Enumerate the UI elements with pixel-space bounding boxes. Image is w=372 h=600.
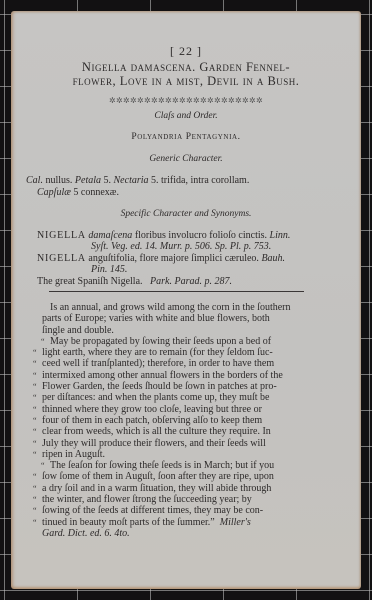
description-line: “clear from weeds, which is all the cult… — [33, 426, 333, 437]
description-line: “tinued in beauty moſt parts of the ſumm… — [33, 517, 333, 528]
quote-mark: “ — [33, 505, 42, 516]
description-line: “The ſeaſon for ſowing theſe ſeeds is in… — [33, 460, 333, 471]
generic-petala: Petala — [75, 175, 101, 186]
description-text: the winter, and flower ſtrong the ſuccee… — [42, 494, 252, 505]
description-text: four of them in each patch, obſerving al… — [42, 415, 262, 426]
generic-capsulae: Capſulæ — [37, 187, 71, 198]
description-line: “ceed well if tranſplanted); therefore, … — [33, 358, 333, 369]
synonym-2-line-2: Pin. 145. — [91, 264, 127, 275]
citation-author: Miller's — [220, 517, 251, 528]
quote-mark: “ — [33, 494, 42, 505]
description-text: ſingle and double. — [42, 325, 114, 336]
description-text: ſowing of the ſeeds at different times, … — [42, 505, 263, 516]
generic-cal-value: nullus. — [43, 175, 75, 186]
description-line: ſingle and double. — [33, 325, 333, 336]
description-line: “ſow ſome of them in Auguſt, ſoon after … — [33, 471, 333, 482]
description-text: ceed well if tranſplanted); therefore, i… — [42, 358, 274, 369]
description-line: parts of Europe; varies with white and b… — [33, 313, 333, 324]
description-text: per diſtances: and when the plants come … — [42, 392, 269, 403]
title-line-1: Nigella damascena. Garden Fennel- — [11, 60, 361, 75]
quote-mark: “ — [33, 392, 42, 403]
description-text: ſow ſome of them in Auguſt, ſoon after t… — [42, 471, 274, 482]
quote-mark: “ — [33, 358, 42, 369]
description-text: The ſeaſon for ſowing theſe ſeeds is in … — [50, 460, 274, 471]
description-block: Is an annual, and grows wild among the c… — [33, 302, 333, 539]
quote-mark: “ — [33, 471, 42, 482]
description-text: light earth, where they are to remain (f… — [42, 347, 273, 358]
synonym-common-name: The great Spaniſh Nigella. — [37, 276, 143, 287]
description-line: “ſowing of the ſeeds at different times,… — [33, 505, 333, 516]
description-line: “thinned where they grow too cloſe, leav… — [33, 404, 333, 415]
description-text: thinned where they grow too cloſe, leavi… — [42, 404, 262, 415]
synonym-species: damaſcena — [88, 230, 132, 241]
quote-mark: “ — [33, 438, 42, 449]
class-order-heading: Claſs and Order. — [11, 111, 361, 121]
quote-mark: “ — [33, 426, 42, 437]
generic-petala-value: 5. — [101, 175, 114, 186]
quote-mark: “ — [33, 517, 42, 528]
generic-cal: Cal. — [26, 175, 43, 186]
synonym-genus: NIGELLA — [37, 230, 86, 241]
description-line: “ripen in Auguſt. — [33, 449, 333, 460]
description-line: “light earth, where they are to remain (… — [33, 347, 333, 358]
synonym-genus: NIGELLA — [37, 253, 86, 264]
synonym-reference: Linn. — [270, 230, 291, 241]
description-text: ripen in Auguſt. — [42, 449, 105, 460]
citation-line: Gard. Dict. ed. 6. 4to. — [33, 528, 333, 539]
generic-character-heading: Generic Character. — [11, 154, 361, 164]
description-line: “four of them in each patch, obſerving a… — [33, 415, 333, 426]
description-line: Is an annual, and grows wild among the c… — [33, 302, 333, 313]
description-text: May be propagated by ſowing their ſeeds … — [50, 336, 271, 347]
quote-mark: “ — [41, 336, 50, 347]
generic-nectaria: Nectaria — [114, 175, 149, 186]
generic-capsulae-value: 5 connexæ. — [71, 187, 119, 198]
page-number: [ 22 ] — [11, 44, 361, 59]
description-text: tinued in beauty moſt parts of the ſumme… — [42, 517, 215, 528]
synonym-description: floribus involucro folioſo cinctis. — [132, 230, 269, 241]
synonym-description: anguſtifolia, flore majore ſimplici cæru… — [88, 253, 261, 264]
description-line: “Flower Garden, the ſeeds ſhould be ſown… — [33, 381, 333, 392]
quote-mark: “ — [33, 483, 42, 494]
quote-mark: “ — [33, 449, 42, 460]
description-line: “July they will produce their flowers, a… — [33, 438, 333, 449]
description-text: Is an annual, and grows wild among the c… — [42, 302, 291, 313]
synonym-reference: Park. Parad. p. 287. — [150, 276, 232, 287]
synonym-2-line-1: NIGELLA anguſtifolia, flore majore ſimpl… — [37, 253, 285, 264]
section-divider — [49, 291, 304, 292]
synonym-1-line-1: NIGELLA damaſcena floribus involucro fol… — [37, 230, 290, 241]
quote-mark: “ — [33, 415, 42, 426]
quote-mark: “ — [33, 404, 42, 415]
description-text: Flower Garden, the ſeeds ſhould be ſown … — [42, 381, 277, 392]
description-line: “May be propagated by ſowing their ſeeds… — [33, 336, 333, 347]
synonym-reference: Bauh. — [261, 253, 285, 264]
description-text: clear from weeds, which is all the cultu… — [42, 426, 271, 437]
synonym-3: The great Spaniſh Nigella. Park. Parad. … — [37, 276, 232, 287]
description-text: parts of Europe; varies with white and b… — [42, 313, 270, 324]
description-line: “a dry ſoil and in a warm ſituation, the… — [33, 483, 333, 494]
ornament-divider: ✲✲✲✲✲✲✲✲✲✲✲✲✲✲✲✲✲✲✲✲✲✲ — [11, 96, 361, 105]
description-text: July they will produce their flowers, an… — [42, 438, 266, 449]
quote-mark: “ — [33, 370, 42, 381]
generic-character-line-2: Capſulæ 5 connexæ. — [37, 187, 119, 198]
title-line-2: flower, Love in a mist, Devil in a Bush. — [11, 74, 361, 89]
book-page: [ 22 ] Nigella damascena. Garden Fennel-… — [11, 11, 361, 589]
description-line: “the winter, and flower ſtrong the ſucce… — [33, 494, 333, 505]
generic-nectaria-value: 5. trifida, intra corollam. — [149, 175, 250, 186]
specific-character-heading: Specific Character and Synonyms. — [11, 209, 361, 219]
description-text: intermixed among other annual flowers in… — [42, 370, 283, 381]
quote-mark: “ — [33, 381, 42, 392]
description-line: “per diſtances: and when the plants come… — [33, 392, 333, 403]
synonym-1-line-2: Syſt. Veg. ed. 14. Murr. p. 506. Sp. Pl.… — [91, 241, 271, 252]
class-order-value: Polyandria Pentagynia. — [11, 132, 361, 142]
quote-mark: “ — [41, 460, 50, 471]
description-line: “intermixed among other annual flowers i… — [33, 370, 333, 381]
description-text: a dry ſoil and in a warm ſituation, they… — [42, 483, 271, 494]
generic-character-line-1: Cal. nullus. Petala 5. Nectaria 5. trifi… — [26, 175, 249, 186]
quote-mark: “ — [33, 347, 42, 358]
